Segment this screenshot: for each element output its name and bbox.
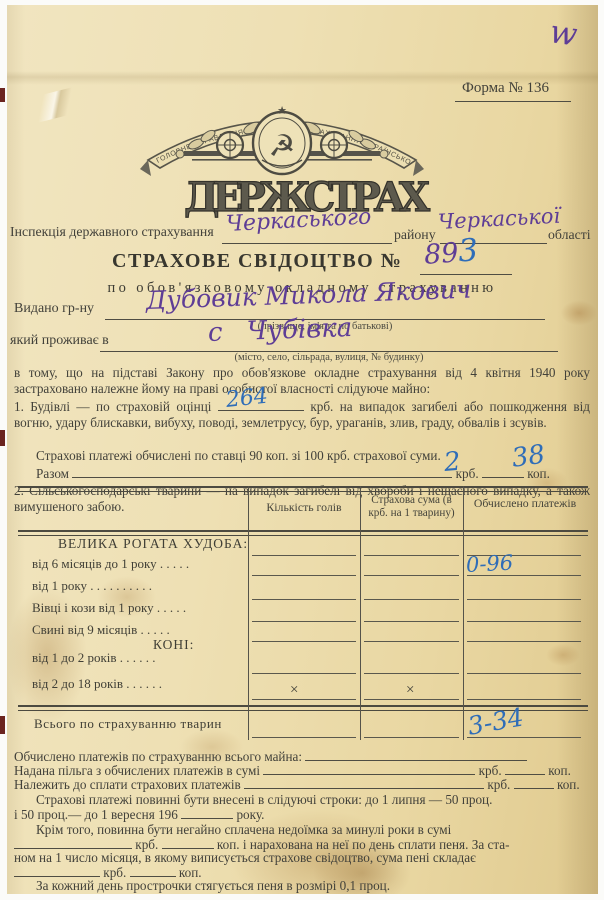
benefit-blank xyxy=(263,762,475,775)
total-krb-handwritten: 2 xyxy=(443,447,462,478)
penalty-krb-blank xyxy=(14,864,100,877)
intro-paragraph: в тому, що на підставі Закону про обов'я… xyxy=(14,365,590,397)
terms-line-2-pre: і 50 проц.— до 1 вересня 196 xyxy=(14,807,178,822)
total-kop-handwritten: 38 xyxy=(510,440,547,474)
due-kop: коп. xyxy=(557,777,580,792)
calc-blank xyxy=(305,748,527,761)
due-krb: крб. xyxy=(487,777,510,792)
coat-of-arms-medallion: ★ ☭ xyxy=(253,104,311,174)
buildings-clause-pre: 1. Будівлі — по страховій оцінці xyxy=(14,399,211,414)
edge-mark xyxy=(0,430,5,446)
row-horses-group: КОНІ: xyxy=(153,637,194,653)
residence-hint: (місто, село, сільрада, вулиця, № будинк… xyxy=(100,352,558,363)
due-blank xyxy=(244,776,484,789)
certificate-number-suffix: 3 xyxy=(457,232,479,269)
year-blank xyxy=(181,806,233,819)
col-header-heads: Кількість голів xyxy=(250,501,358,514)
certificate-number-main: 89 xyxy=(423,238,459,271)
terms-line-2: і 50 проц.— до 1 вересня 196 року. xyxy=(14,806,264,823)
arrears-kop-blank xyxy=(162,836,214,849)
row-horses-1-2: від 1 до 2 років . . . . . . xyxy=(32,650,156,666)
issued-label: Видано гр-ну xyxy=(14,301,94,317)
penalty-kop-blank xyxy=(130,864,176,877)
scanned-document: w Форма № 136 ГОЛОВНЕ УПРАВЛІННЯ ДЕРЖАВН… xyxy=(0,0,604,900)
arrears-krb-blank xyxy=(14,836,132,849)
form-number-underline xyxy=(455,100,571,102)
table-divider-3 xyxy=(463,486,464,740)
table-rule-top xyxy=(18,486,588,492)
total-blank xyxy=(72,465,452,478)
banner-ribbon-end-left xyxy=(140,160,151,176)
row-horses-2-18: від 2 до 18 років . . . . . . xyxy=(32,676,162,692)
due-label: Належить до сплати страхових платежів xyxy=(14,777,241,792)
col-header-payments: Обчислено платежів xyxy=(466,497,584,510)
certificate-title: СТРАХОВЕ СВІДОЦТВО № xyxy=(112,250,402,273)
row-cattle-1y: від 1 року . . . . . . . . . . xyxy=(32,578,152,594)
col-header-sum: Страхова сума (в крб. на 1 тварину) xyxy=(363,494,460,520)
residence-handwritten: с Чубівка xyxy=(207,313,352,348)
inspection-label: Інспекція державного страхування xyxy=(10,224,214,240)
rosette-right xyxy=(321,132,347,158)
row-cattle-group: ВЕЛИКА РОГАТА ХУДОБА: xyxy=(58,536,248,552)
district-blank xyxy=(222,242,392,244)
row-pigs: Свині від 9 місяців . . . . . xyxy=(32,622,170,638)
oblast-suffix: області xyxy=(548,227,591,243)
due-line: Належить до сплати страхових платежів кр… xyxy=(14,776,580,793)
valuation-handwritten: 264 xyxy=(225,384,269,413)
terms-line-2-post: року. xyxy=(236,807,264,822)
due-kop-blank xyxy=(514,776,554,789)
star-icon: ★ xyxy=(277,104,287,117)
animals-total-label: Всього по страхуванню тварин xyxy=(34,716,222,732)
edge-mark xyxy=(0,88,5,102)
edge-mark xyxy=(0,716,5,734)
hammer-sickle-icon: ☭ xyxy=(269,129,296,164)
table-divider-1 xyxy=(248,486,249,740)
cross-mark-heads: × xyxy=(290,682,298,699)
cattle-payment-handwritten: 0-96 xyxy=(465,551,513,577)
total-line: Разом крб. коп. xyxy=(36,465,550,482)
benefit-kop-blank xyxy=(505,762,545,775)
derzhstrakh-emblem: ГОЛОВНЕ УПРАВЛІННЯ ДЕРЖАВНОГО СТРАХУВАНН… xyxy=(140,88,440,220)
certificate-number: 893 xyxy=(423,232,479,272)
rosette-left xyxy=(217,132,243,158)
rate-line: Страхові платежі обчислені по ставці 90 … xyxy=(36,448,441,464)
oblast-handwritten: Черкаської xyxy=(437,204,560,234)
row-cattle-6m-1y: від 6 місяців до 1 року . . . . . xyxy=(32,556,189,572)
penalty-line: За кожний день прострочки стягується пен… xyxy=(36,878,390,894)
corner-handwritten-mark: w xyxy=(547,12,579,53)
form-number: Форма № 136 xyxy=(462,80,549,96)
buildings-clause: 1. Будівлі — по страховій оцінці крб. на… xyxy=(14,398,590,431)
paper-crease xyxy=(22,85,88,125)
total-label: Разом xyxy=(36,466,69,481)
cross-mark-sum: × xyxy=(406,682,414,699)
certificate-page: w Форма № 136 ГОЛОВНЕ УПРАВЛІННЯ ДЕРЖАВН… xyxy=(7,5,598,894)
row-sheep-goats: Вівці і кози від 1 року . . . . . xyxy=(32,600,186,616)
table-divider-2 xyxy=(360,486,361,740)
residence-label: який проживає в xyxy=(10,333,109,349)
